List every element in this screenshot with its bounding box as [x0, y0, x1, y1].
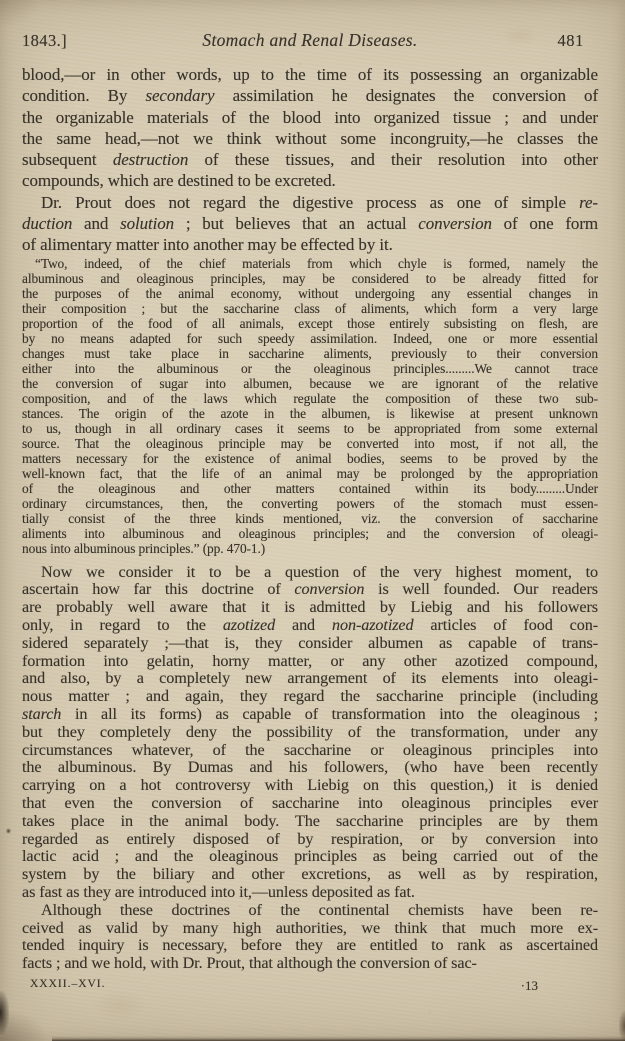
text-line: are probably well aware that it is admit… [22, 599, 598, 617]
text-line: ascertain how far this doctrine of conve… [22, 581, 598, 599]
text-line: nous into albuminous principles.” (pp. 4… [22, 541, 598, 556]
text-line: sidered separately ;—that is, they consi… [22, 635, 598, 653]
text-line: changes must take place in saccharine al… [22, 346, 598, 361]
text-line: the albuminous. By Dumas and his followe… [22, 759, 598, 777]
header-year: 1843.] [22, 31, 196, 51]
text-line: circumstances whatever, of the saccharin… [22, 742, 598, 760]
text-line: compounds, which are destined to be excr… [22, 170, 598, 191]
text-line: the conversion of sugar into albumen, be… [22, 376, 598, 391]
text-line: ceived as valid by many high authorities… [22, 920, 598, 938]
text-column: 1843.] Stomach and Renal Diseases. 481 b… [22, 30, 598, 994]
text-line: stances. The origin of the azote in the … [22, 406, 598, 421]
text-line: formation into gelatin, horny matter, or… [22, 653, 598, 671]
text-line: system by the biliary and other excretio… [22, 866, 598, 884]
text-line: but they completely deny the possibility… [22, 724, 598, 742]
text-line: facts ; and we hold, with Dr. Prout, tha… [22, 955, 598, 973]
text-line: source. That the oleaginous principle ma… [22, 436, 598, 451]
blockquote-prout: “Two, indeed, of the chief materials fro… [22, 256, 598, 556]
scan-edge-shadow-bottom [52, 1036, 625, 1041]
catch-number: ·13 [521, 978, 598, 994]
scan-edge-shadow-left [0, 991, 9, 1035]
text-line: Now we consider it to be a question of t… [22, 564, 598, 582]
text-line: proportion of the food of all animals, e… [22, 316, 598, 331]
para-blood-continuation: blood,—or in other words, up to the time… [22, 64, 598, 192]
text-line: condition. By secondary assimilation he … [22, 85, 598, 106]
ink-spot [6, 828, 11, 834]
volume-signature: XXXII.–XVI. [22, 978, 106, 994]
text-line: by no means adapted for such speedy assi… [22, 331, 598, 346]
text-line: the organizable materials of the blood i… [22, 107, 598, 128]
scan-edge-shadow-right [619, 1011, 625, 1041]
text-line: takes place in the animal body. The sacc… [22, 813, 598, 831]
text-line: lactic acid ; and the oleaginous princip… [22, 848, 598, 866]
running-head: 1843.] Stomach and Renal Diseases. 481 [22, 30, 598, 50]
text-line: as fast as they are introduced into it,—… [22, 884, 598, 902]
text-line: well-known fact, that the life of an ani… [22, 466, 598, 481]
text-line: duction and solution ; but believes that… [22, 213, 598, 234]
text-line: regarded as entirely disposed of by resp… [22, 831, 598, 849]
text-line: matters necessary for the existence of a… [22, 451, 598, 466]
text-line: subsequent destruction of these tissues,… [22, 149, 598, 170]
page-body: blood,—or in other words, up to the time… [22, 64, 598, 973]
header-title: Stomach and Renal Diseases. [196, 30, 423, 51]
para-continental-chemists: Although these doctrines of the continen… [22, 902, 598, 973]
text-line: starch in all its forms) as capable of t… [22, 706, 598, 724]
text-line: of the oleaginous and other matters cont… [22, 481, 598, 496]
text-line: nous matter ; and again, they regard the… [22, 688, 598, 706]
text-line: tended inquiry is necessary, before they… [22, 937, 598, 955]
text-line: Although these doctrines of the continen… [22, 902, 598, 920]
text-line: carrying on a hot controversy with Liebi… [22, 777, 598, 795]
text-line: Dr. Prout does not regard the digestive … [22, 192, 598, 213]
text-line: the same head,—not we think without some… [22, 128, 598, 149]
text-line: aliments into albuminous and oleaginous … [22, 526, 598, 541]
page-footer: XXXII.–XVI. ·13 [22, 978, 598, 994]
text-line: either into the albuminous or the oleagi… [22, 361, 598, 376]
text-line: the purposes of the animal economy, with… [22, 286, 598, 301]
text-line: only, in regard to the azotized and non-… [22, 617, 598, 635]
text-line: ordinary circumstances, then, the conver… [22, 496, 598, 511]
text-line: blood,—or in other words, up to the time… [22, 64, 598, 85]
header-page-number: 481 [424, 31, 598, 51]
text-line: their composition ; but the saccharine c… [22, 301, 598, 316]
text-line: and also, by a completely new arrangemen… [22, 670, 598, 688]
text-line: “Two, indeed, of the chief materials fro… [22, 256, 598, 271]
text-line: tially consist of the three kinds mentio… [22, 511, 598, 526]
para-conversion-doctrine: Now we consider it to be a question of t… [22, 564, 598, 902]
text-line: that even the conversion of saccharine i… [22, 795, 598, 813]
text-line: to us, though in all ordinary cases it s… [22, 421, 598, 436]
text-line: composition, and of the laws which regul… [22, 391, 598, 406]
scanned-book-page: 1843.] Stomach and Renal Diseases. 481 b… [0, 0, 625, 1041]
text-line: albuminous and oleaginous principles, ma… [22, 271, 598, 286]
para-dr-prout: Dr. Prout does not regard the digestive … [22, 192, 598, 256]
text-line: of alimentary matter into another may be… [22, 234, 598, 255]
